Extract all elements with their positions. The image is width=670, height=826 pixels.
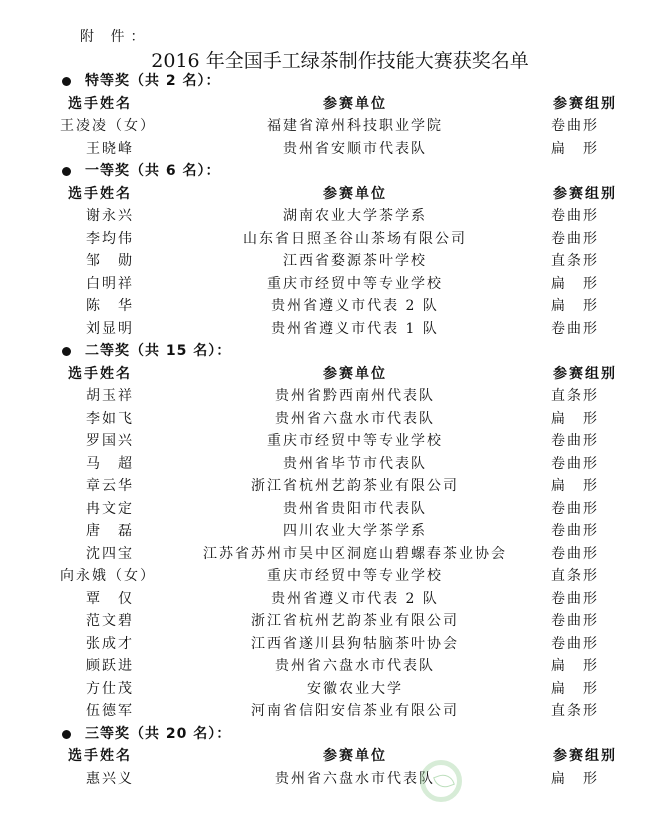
contestant-unit: 江西省遂川县狗牯脑茶叶协会 [180,633,530,656]
contestant-group: 扁 形 [535,408,615,431]
contestant-name: 沈四宝 [60,543,160,566]
column-header-name: 选手姓名 [68,745,168,768]
column-header-name: 选手姓名 [68,93,168,116]
column-header-group: 参赛组别 [545,183,625,206]
contestant-unit: 贵州省六盘水市代表队 [180,768,530,791]
contestant-name: 邹 勋 [60,250,160,273]
table-row: 陈 华 贵州省遵义市代表 2 队 扁 形 [0,295,670,318]
table-row: 向永娥（女） 重庆市经贸中等专业学校 直条形 [0,565,670,588]
contestant-name: 谢永兴 [60,205,160,228]
contestant-group: 卷曲形 [535,543,615,566]
contestant-unit: 河南省信阳安信茶业有限公司 [180,700,530,723]
table-row: 邹 勋 江西省婺源茶叶学校 直条形 [0,250,670,273]
contestant-unit: 福建省漳州科技职业学院 [180,115,530,138]
contestant-group: 卷曲形 [535,588,615,611]
column-header-name: 选手姓名 [68,363,168,386]
section-heading-special-prize: 特等奖（共 2 名）： [0,70,670,93]
contestant-name: 方仕茂 [60,678,160,701]
tea-leaf-logo-icon [420,760,462,802]
table-row: 范文碧 浙江省杭州艺韵茶业有限公司 卷曲形 [0,610,670,633]
contestant-name: 白明祥 [60,273,160,296]
contestant-group: 卷曲形 [535,430,615,453]
column-header-unit: 参赛单位 [180,745,530,768]
table-row: 章云华 浙江省杭州艺韵茶业有限公司 扁 形 [0,475,670,498]
contestant-unit: 江苏省苏州市吴中区洞庭山碧螺春茶业协会 [180,543,530,566]
section-heading-third-prize: 三等奖（共 20 名）： [0,723,670,746]
contestant-name: 向永娥（女） [60,565,156,588]
contestant-name: 覃 仅 [60,588,160,611]
contestant-unit: 重庆市经贸中等专业学校 [180,273,530,296]
table-row: 顾跃进 贵州省六盘水市代表队 扁 形 [0,655,670,678]
contestant-name: 伍德军 [60,700,160,723]
contestant-unit: 贵州省毕节市代表队 [180,453,530,476]
table-row: 沈四宝 江苏省苏州市吴中区洞庭山碧螺春茶业协会 卷曲形 [0,543,670,566]
contestant-group: 卷曲形 [535,318,615,341]
contestant-unit: 贵州省遵义市代表 2 队 [180,295,530,318]
contestant-group: 卷曲形 [535,205,615,228]
contestant-name: 李均伟 [60,228,160,251]
table-row: 李如飞 贵州省六盘水市代表队 扁 形 [0,408,670,431]
bullet-icon [62,167,71,176]
contestant-name: 胡玉祥 [60,385,160,408]
contestant-group: 扁 形 [535,768,615,791]
contestant-group: 卷曲形 [535,633,615,656]
section-heading-label: 特等奖（共 2 名）： [85,70,221,93]
leaf-icon [433,771,455,790]
contestant-group: 卷曲形 [535,498,615,521]
contestant-unit: 湖南农业大学茶学系 [180,205,530,228]
contestant-unit: 安徽农业大学 [180,678,530,701]
column-header-unit: 参赛单位 [180,93,530,116]
column-header-row: 选手姓名 参赛单位 参赛组别 [0,745,670,768]
table-row: 覃 仅 贵州省遵义市代表 2 队 卷曲形 [0,588,670,611]
column-header-group: 参赛组别 [545,93,625,116]
contestant-name: 马 超 [60,453,160,476]
table-row: 王晓峰 贵州省安顺市代表队 扁 形 [0,138,670,161]
contestant-name: 李如飞 [60,408,160,431]
table-row: 李均伟 山东省日照圣谷山茶场有限公司 卷曲形 [0,228,670,251]
contestant-group: 扁 形 [535,273,615,296]
contestant-group: 卷曲形 [535,228,615,251]
table-row: 谢永兴 湖南农业大学茶学系 卷曲形 [0,205,670,228]
contestant-unit: 重庆市经贸中等专业学校 [180,430,530,453]
contestant-unit: 贵州省六盘水市代表队 [180,655,530,678]
table-row: 胡玉祥 贵州省黔西南州代表队 直条形 [0,385,670,408]
contestant-name: 冉文定 [60,498,160,521]
contestant-unit: 浙江省杭州艺韵茶业有限公司 [180,610,530,633]
table-row: 张成才 江西省遂川县狗牯脑茶叶协会 卷曲形 [0,633,670,656]
contestant-name: 惠兴义 [60,768,160,791]
contestant-group: 卷曲形 [535,610,615,633]
section-heading-first-prize: 一等奖（共 6 名）： [0,160,670,183]
section-heading-label: 二等奖（共 15 名）： [85,340,231,363]
contestant-unit: 贵州省遵义市代表 2 队 [180,588,530,611]
contestant-group: 扁 形 [535,475,615,498]
contestant-group: 扁 形 [535,655,615,678]
contestant-name: 张成才 [60,633,160,656]
table-row: 冉文定 贵州省贵阳市代表队 卷曲形 [0,498,670,521]
document-title: 2016 年全国手工绿茶制作技能大赛获奖名单 [0,46,670,73]
table-row: 伍德军 河南省信阳安信茶业有限公司 直条形 [0,700,670,723]
table-row: 马 超 贵州省毕节市代表队 卷曲形 [0,453,670,476]
contestant-group: 扁 形 [535,678,615,701]
contestant-group: 卷曲形 [535,520,615,543]
contestant-unit: 浙江省杭州艺韵茶业有限公司 [180,475,530,498]
contestant-unit: 江西省婺源茶叶学校 [180,250,530,273]
contestant-group: 扁 形 [535,138,615,161]
contestant-group: 直条形 [535,700,615,723]
contestant-name: 顾跃进 [60,655,160,678]
contestant-group: 直条形 [535,250,615,273]
column-header-group: 参赛组别 [545,363,625,386]
column-header-unit: 参赛单位 [180,183,530,206]
contestant-unit: 四川农业大学茶学系 [180,520,530,543]
contestant-name: 章云华 [60,475,160,498]
contestant-group: 卷曲形 [535,115,615,138]
column-header-row: 选手姓名 参赛单位 参赛组别 [0,93,670,116]
section-heading-second-prize: 二等奖（共 15 名）： [0,340,670,363]
contestant-name: 王凌凌（女） [60,115,156,138]
bullet-icon [62,347,71,356]
table-row: 惠兴义 贵州省六盘水市代表队 扁 形 [0,768,670,791]
section-heading-label: 三等奖（共 20 名）： [85,723,231,746]
table-row: 唐 磊 四川农业大学茶学系 卷曲形 [0,520,670,543]
section-heading-label: 一等奖（共 6 名）： [85,160,221,183]
contestant-unit: 重庆市经贸中等专业学校 [180,565,530,588]
contestant-group: 扁 形 [535,295,615,318]
column-header-row: 选手姓名 参赛单位 参赛组别 [0,183,670,206]
bullet-icon [62,77,71,86]
table-row: 方仕茂 安徽农业大学 扁 形 [0,678,670,701]
contestant-unit: 贵州省黔西南州代表队 [180,385,530,408]
contestant-group: 直条形 [535,565,615,588]
contestant-unit: 贵州省遵义市代表 1 队 [180,318,530,341]
contestant-name: 陈 华 [60,295,160,318]
column-header-unit: 参赛单位 [180,363,530,386]
contestant-name: 罗国兴 [60,430,160,453]
contestant-name: 唐 磊 [60,520,160,543]
table-row: 白明祥 重庆市经贸中等专业学校 扁 形 [0,273,670,296]
column-header-group: 参赛组别 [545,745,625,768]
contestant-unit: 贵州省安顺市代表队 [180,138,530,161]
table-row: 刘显明 贵州省遵义市代表 1 队 卷曲形 [0,318,670,341]
contestant-unit: 贵州省六盘水市代表队 [180,408,530,431]
bullet-icon [62,730,71,739]
table-row: 罗国兴 重庆市经贸中等专业学校 卷曲形 [0,430,670,453]
column-header-name: 选手姓名 [68,183,168,206]
table-row: 王凌凌（女） 福建省漳州科技职业学院 卷曲形 [0,115,670,138]
contestant-unit: 山东省日照圣谷山茶场有限公司 [180,228,530,251]
contestant-unit: 贵州省贵阳市代表队 [180,498,530,521]
contestant-name: 刘显明 [60,318,160,341]
column-header-row: 选手姓名 参赛单位 参赛组别 [0,363,670,386]
contestant-name: 范文碧 [60,610,160,633]
contestant-name: 王晓峰 [60,138,160,161]
contestant-group: 直条形 [535,385,615,408]
attachment-label: 附 件： [80,26,150,46]
contestant-group: 卷曲形 [535,453,615,476]
award-list: 特等奖（共 2 名）： 选手姓名 参赛单位 参赛组别 王凌凌（女） 福建省漳州科… [0,70,670,790]
